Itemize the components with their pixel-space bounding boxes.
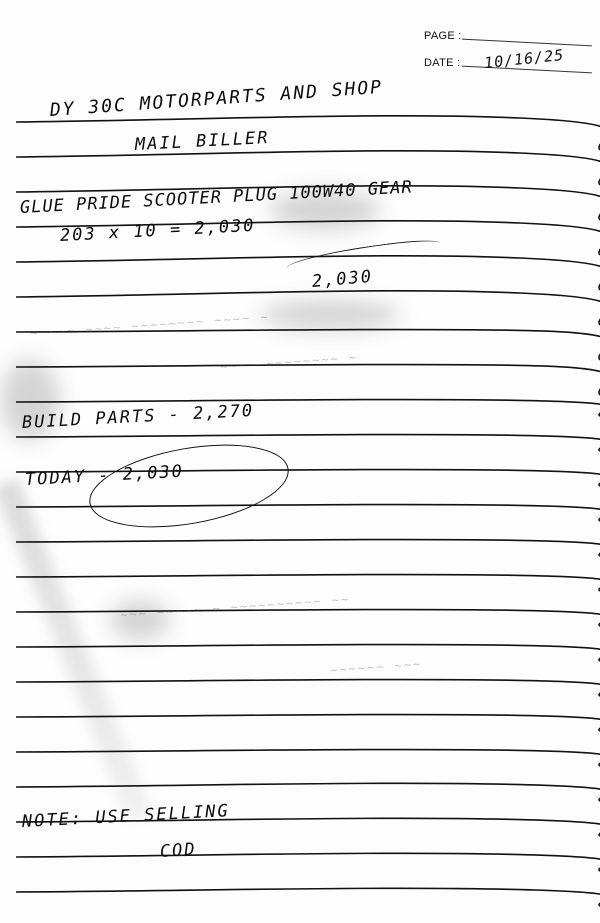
note-remark-line-2: COD bbox=[159, 839, 197, 862]
notebook-page: PAGE : DATE : 10/16/25 ~ ~~~ ~~~~ ~~~~~~… bbox=[0, 0, 600, 923]
date-label: DATE : bbox=[424, 57, 460, 69]
page-label: PAGE : bbox=[424, 30, 462, 42]
ruled-lines bbox=[0, 0, 600, 923]
